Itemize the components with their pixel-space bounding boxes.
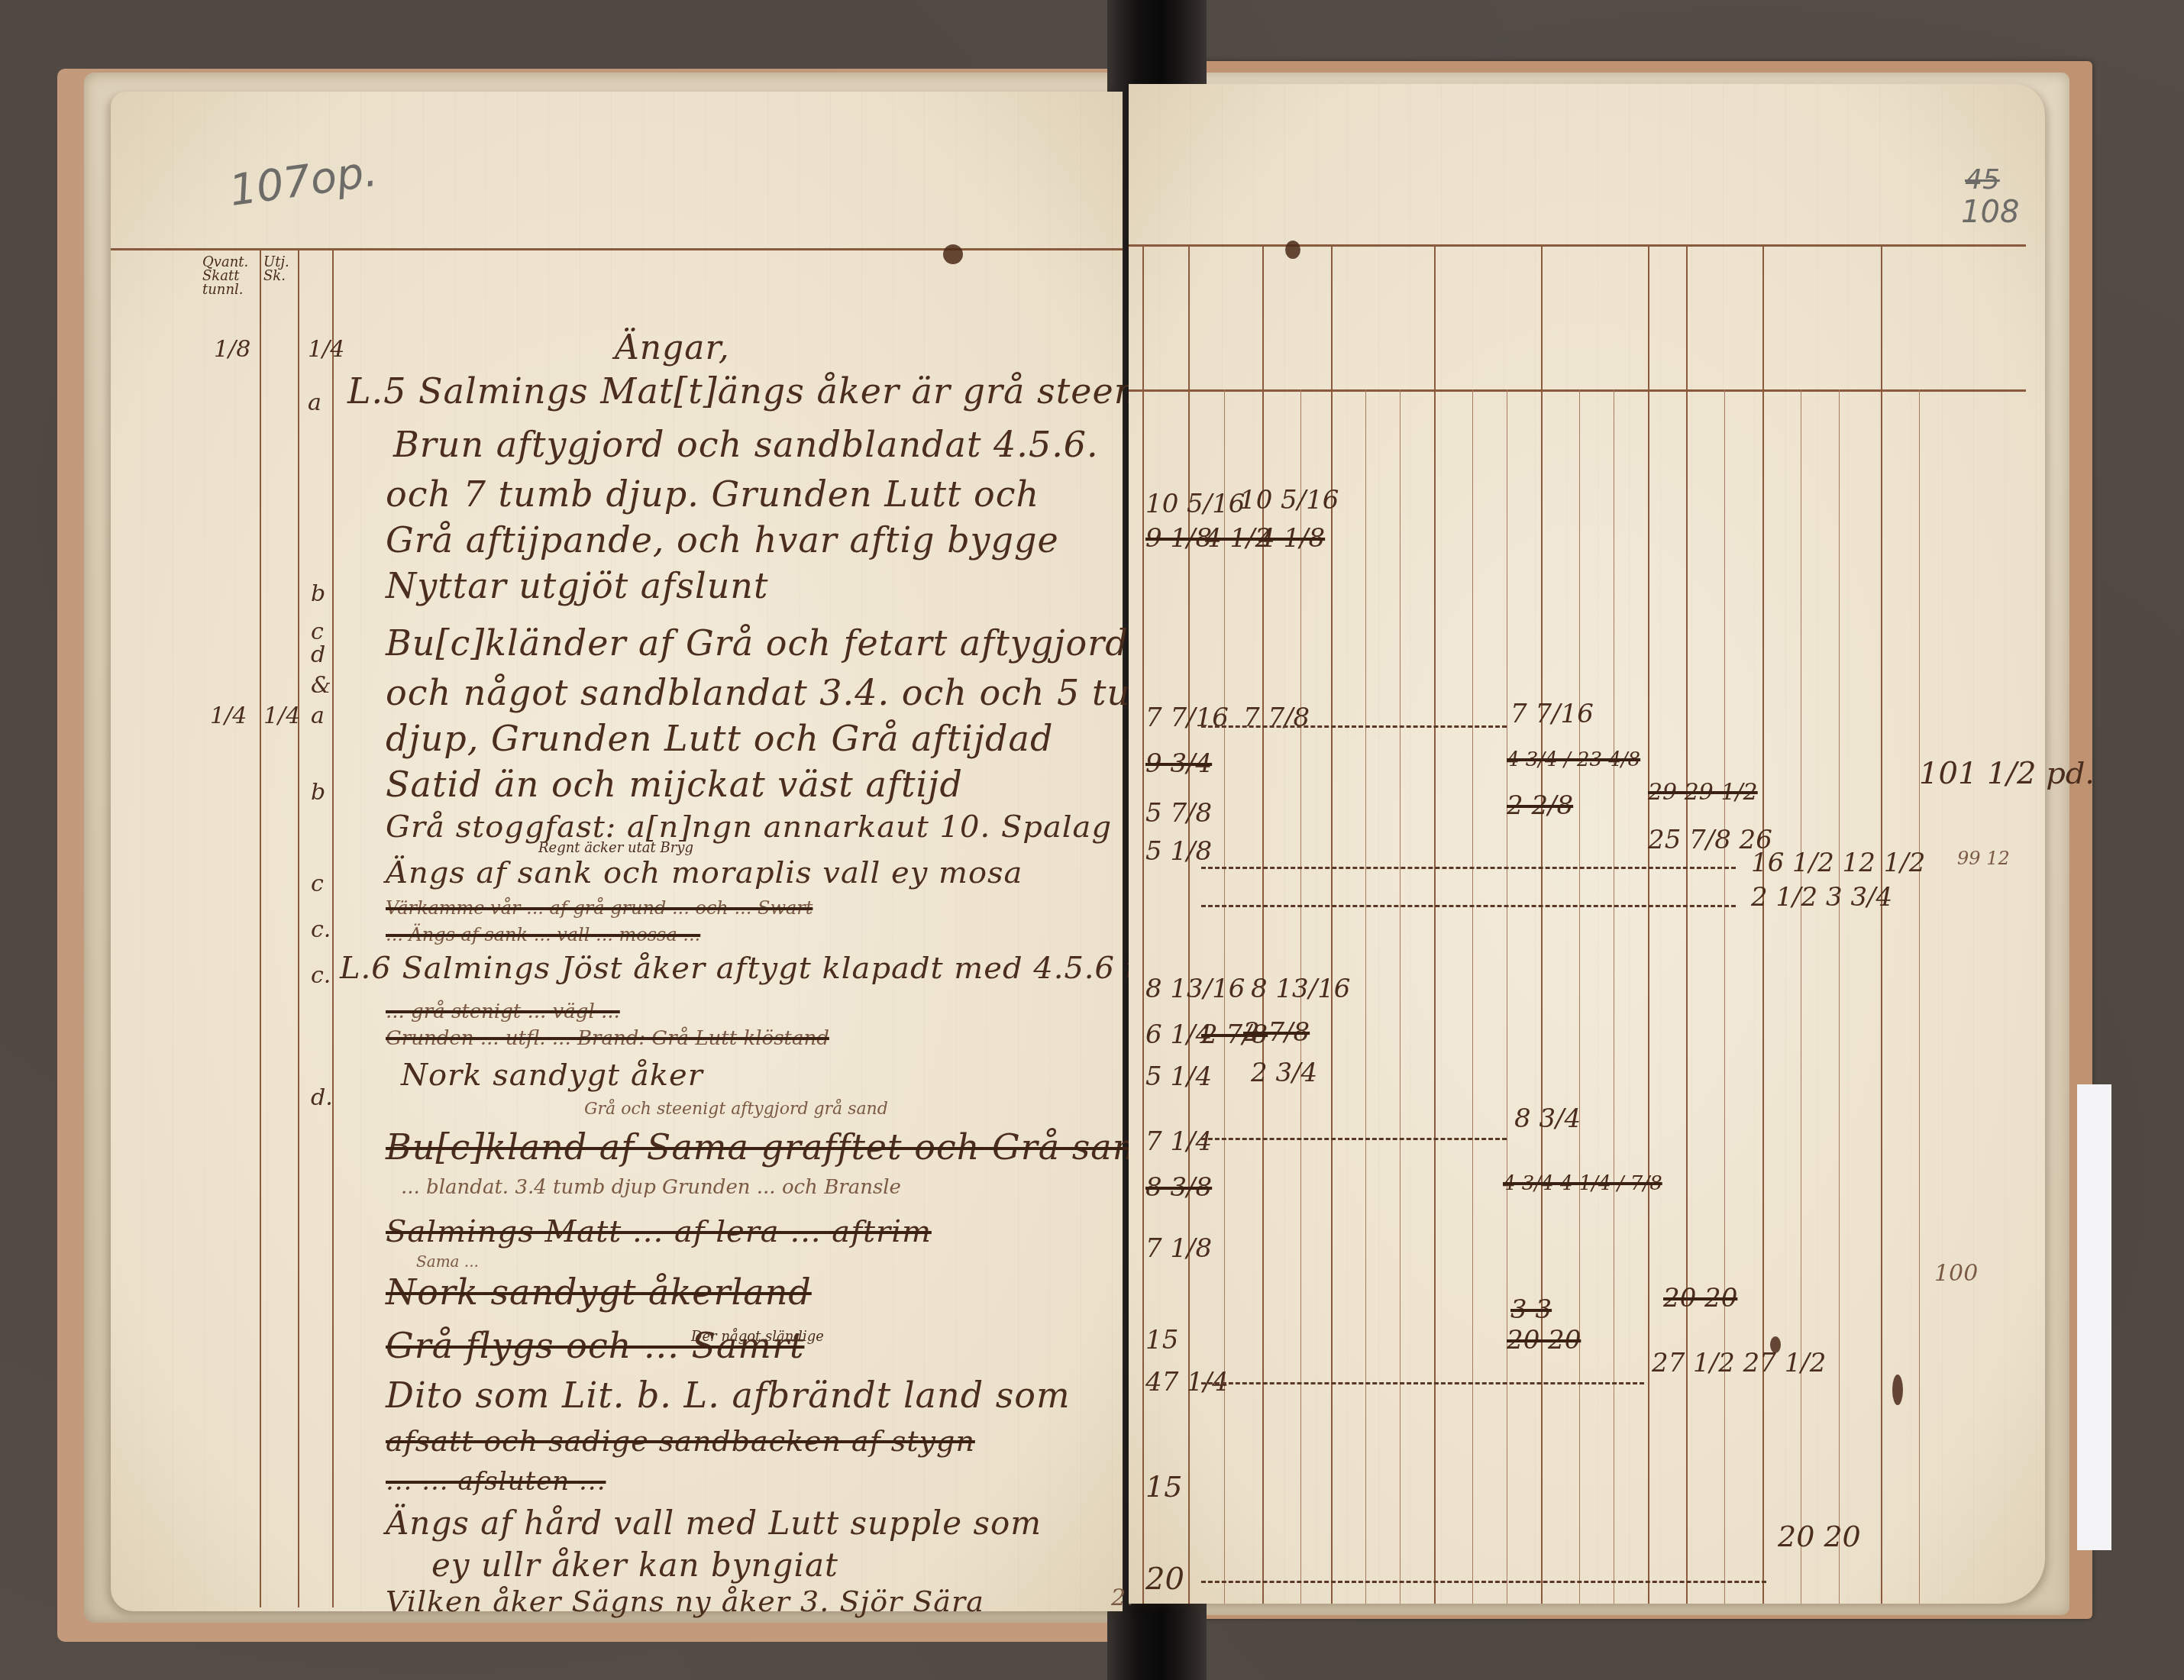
ledger-line: L.5 Salmings Mat[t]ängs åker är grå stee… <box>347 370 1250 412</box>
entry-value: 7 7/16 <box>1145 703 1229 733</box>
entry-value: 15 <box>1145 1325 1178 1355</box>
interlinear-note: Regnt äcker utat Bryg <box>538 840 693 856</box>
column-rule <box>1400 389 1401 1604</box>
ledger-line: Nyttar utgjöt afslunt <box>386 565 768 606</box>
entry-value: 10 5/16 <box>1239 485 1339 515</box>
leader-line <box>1201 905 1736 907</box>
struck-line: ... Ängs af sank ... vall ... mossa ... <box>386 924 700 945</box>
leader-line <box>1201 1581 1766 1583</box>
entry-value: 10 5/16 <box>1145 489 1245 519</box>
leader-line <box>1201 1138 1507 1140</box>
entry-value: 8 13/16 <box>1251 974 1350 1004</box>
column-rule <box>1881 244 1882 1604</box>
entry-value: 4 3/4 / 23 4/8 <box>1507 748 1640 771</box>
column-rule <box>1507 389 1507 1604</box>
ledger-line: Grå aftijpande, och hvar aftig bygge <box>386 519 1059 561</box>
entry-value: 4 3/4 4 1/4 / 7/8 <box>1503 1172 1662 1195</box>
column-header-utj: Utj. Sk. <box>263 256 298 283</box>
column-rule <box>1724 389 1725 1604</box>
column-rule <box>1579 389 1580 1604</box>
struck-line: Nork sandygt åkerland <box>386 1271 812 1313</box>
column-rule <box>1365 389 1366 1604</box>
ledger-line: Grå stoggfast: a[n]ngn annarkaut 10. Spa… <box>386 809 1112 845</box>
struck-line: ... grå stenigt ... vägl ... <box>386 1000 620 1023</box>
column-rule <box>1262 244 1264 1604</box>
entry-value: 20 20 <box>1778 1520 1861 1553</box>
entry-value: 9 1/8 <box>1145 523 1212 554</box>
ledger-line: Dito som Lit. b. L. afbrändt land som <box>386 1375 1071 1416</box>
entry-value: 7 7/8 <box>1243 703 1310 733</box>
entry-value: 8 3/8 <box>1145 1172 1212 1203</box>
entry-value: 27 1/2 27 1/2 <box>1652 1348 1826 1378</box>
struck-line: Salmings Matt ... af lera ... aftrim <box>386 1214 932 1249</box>
margin-letter: & <box>311 672 331 699</box>
side-total: 101 1/2 pd. <box>1919 756 2095 791</box>
margin-letter: d. <box>311 1084 333 1111</box>
pencil-folio-number: 108 <box>1961 195 2019 230</box>
entry-value: 20 20 <box>1507 1325 1581 1355</box>
entry-value: 7 1/8 <box>1145 1233 1212 1264</box>
interlinear-note: Der något sländige <box>691 1329 824 1345</box>
column-rule <box>1142 244 1144 1604</box>
ledger-line: och 7 tumb djup. Grunden Lutt och <box>386 473 1039 515</box>
ledger-line: Nork sandygt åker <box>401 1058 703 1093</box>
entry-value: 3 3 <box>1510 1294 1552 1325</box>
entry-value: 7 7/16 <box>1510 699 1594 729</box>
entry-value: 5 1/8 <box>1145 836 1212 867</box>
column-rule <box>1919 389 1920 1604</box>
margin-letter: c. <box>311 962 331 989</box>
ledger-line: Ängs af sank och moraplis vall ey mosa <box>386 855 1023 890</box>
margin-letter: d <box>311 641 325 668</box>
ink-blot <box>943 244 963 264</box>
entry-value: 20 <box>1145 1562 1184 1597</box>
ink-blot <box>1285 241 1300 259</box>
column-rule <box>1188 244 1190 1604</box>
margin-letter: b <box>311 779 325 806</box>
ink-blot <box>1770 1336 1781 1353</box>
column-header-quantity: Qvant. Skatt tunnl. <box>202 256 256 297</box>
column-rule <box>1331 244 1333 1604</box>
ledger-line: Brun aftygjord och sandblandat 4.5.6. <box>393 424 1099 465</box>
entry-value: 9 3/4 <box>1145 748 1212 779</box>
leader-line <box>1201 725 1507 728</box>
margin-fraction: 1/8 <box>214 336 250 363</box>
entry-value: 4 1/8 <box>1258 523 1325 554</box>
ledger-line: ... blandat. 3.4 tumb djup Grunden ... o… <box>401 1176 901 1199</box>
struck-line: ... ... afsluten ... <box>386 1466 606 1497</box>
column-rule <box>1839 389 1840 1604</box>
margin-fraction: 1/4 <box>308 336 344 363</box>
interlinear-note: Grå och steenigt aftygjord grå sand <box>584 1100 888 1119</box>
entry-value: 7 1/4 <box>1145 1126 1212 1157</box>
entry-value: 20 20 <box>1663 1283 1737 1313</box>
margin-letter: a <box>311 703 325 729</box>
ledger-line: Ängs af hård vall med Lutt supple som <box>386 1504 1042 1542</box>
margin-letter: b <box>311 580 325 607</box>
entry-value: 29 29 1/2 <box>1648 779 1758 806</box>
ledger-line: och något sandblandat 3.4. och och 5 tum… <box>386 672 1187 713</box>
column-rule <box>1614 389 1614 1604</box>
column-rule <box>1686 244 1688 1604</box>
ledger-line: Satid än och mijckat väst aftijd <box>386 764 963 805</box>
ledger-line: Vilken åker Sägns ny åker 3. Sjör Sära <box>386 1585 984 1618</box>
ledger-line: ey ullr åker kan byngiat <box>431 1546 838 1584</box>
entry-value: 2 2/8 <box>1507 790 1573 821</box>
entry-value: 5 1/4 <box>1145 1061 1212 1092</box>
interlinear-note: Sama ... <box>416 1252 479 1271</box>
column-rule <box>1762 244 1764 1604</box>
right-page: 45 108 10 5/16 10 5/16 9 1/8 4 1/2 4 1/8… <box>1129 84 2045 1604</box>
entry-value: 2 7/8 <box>1243 1017 1310 1048</box>
ledger-line: Bu[c]kländer af Grå och fetart aftygjord <box>386 622 1129 664</box>
side-note: 99 12 <box>1957 848 2010 869</box>
struck-line: Grunden ... utfl. ... Brand: Grå Lutt kl… <box>386 1027 829 1050</box>
ink-blot <box>1892 1375 1903 1405</box>
leader-line <box>1201 1382 1644 1384</box>
entry-value: 8 3/4 <box>1514 1103 1581 1134</box>
column-rule <box>1434 244 1436 1604</box>
side-note: 100 <box>1934 1260 1978 1287</box>
ledger-line: djup, Grunden Lutt och Grå aftijdad <box>386 718 1053 759</box>
struck-line: Värkamme vår ... af grå grund ... och ..… <box>386 897 813 919</box>
entry-value: 8 13/16 <box>1145 974 1245 1004</box>
column-rule <box>1541 244 1543 1604</box>
left-page: 107op. Qvant. Skatt tunnl. Utj. Sk. 1/8 … <box>111 92 1123 1611</box>
inserted-paper-tab <box>2077 1084 2111 1550</box>
entry-value: 15 <box>1145 1470 1182 1504</box>
entry-value: 5 7/8 <box>1145 798 1212 829</box>
struck-line: Bu[c]kland af Sama grafftet och Grå sand <box>386 1126 1159 1168</box>
section-heading: Ängar, <box>615 328 730 367</box>
leader-line <box>1201 867 1736 869</box>
entry-value: 16 1/2 12 1/2 <box>1751 848 1925 878</box>
column-rule-1 <box>260 248 261 1607</box>
entry-value: 2 3/4 <box>1251 1058 1317 1088</box>
column-rule <box>1472 389 1473 1604</box>
margin-letter: a <box>308 389 321 416</box>
column-rule-3 <box>332 248 334 1607</box>
column-rule <box>1648 244 1649 1604</box>
header-rule <box>111 248 1123 250</box>
margin-letter: c <box>311 871 324 897</box>
struck-line: afsatt och sadige sandbacken af stygn <box>386 1424 975 1458</box>
margin-fraction: 1/4 <box>210 703 247 729</box>
pencil-catalog-note: 107op. <box>226 147 380 216</box>
entry-value: 2 1/2 3 3/4 <box>1751 882 1892 913</box>
margin-fraction: 1/4 <box>263 703 300 729</box>
pencil-folio-struck: 45 <box>1965 164 2000 195</box>
column-rule-2 <box>298 248 299 1607</box>
margin-letter: c. <box>311 916 331 943</box>
column-rule <box>1801 389 1801 1604</box>
